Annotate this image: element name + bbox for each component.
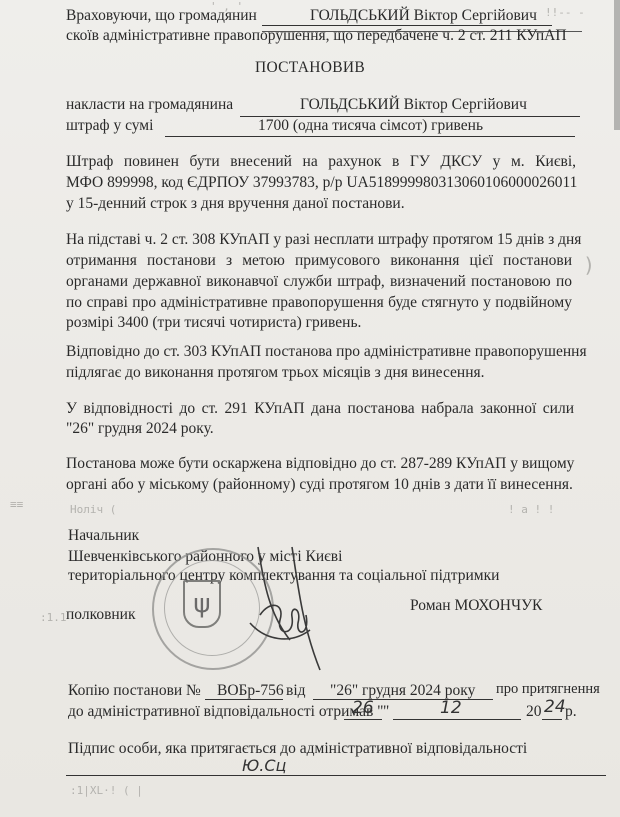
scan-artifact: :1.1	[40, 611, 67, 624]
enforcement-line-1: На підставі ч. 2 ст. 308 КУпАП у разі не…	[66, 229, 572, 250]
scan-artifact: ≡≡	[10, 498, 23, 511]
scan-artifact: ! a ! !	[508, 503, 554, 516]
execution-line-2: підлягає до виконання протягом трьох міс…	[66, 363, 485, 383]
scan-artifact: !!-- -	[545, 6, 585, 19]
about-label: про притягнення	[496, 679, 600, 699]
payment-line-2: МФО 899998, код ЄДРПОУ 37993783, р/р UA5…	[66, 172, 576, 193]
received-day: 26	[352, 698, 374, 718]
document-page: ' , ' !!-- - ≡≡ Hoлiч ( ! a ! ! :1.1 :1|…	[0, 0, 620, 817]
fine-label: штраф у сумі	[66, 116, 153, 136]
payment-line-3: у 15-денний строк з дня вручення даної п…	[66, 194, 405, 214]
person-signature-label: Підпис особи, яка притягається до адміні…	[68, 739, 527, 759]
received-label: до адміністративної відповідальності отр…	[68, 702, 384, 722]
quote-close: "	[383, 702, 389, 722]
effect-line-1: У відповідності до ст. 291 КУпАП дана по…	[66, 398, 574, 419]
enforcement-line-4: по справі про адміністративне правопоруш…	[66, 292, 572, 313]
decree-date-underline	[313, 699, 493, 700]
received-month: 12	[440, 698, 462, 718]
effect-line-2: "26" грудня 2024 року.	[66, 419, 214, 439]
received-month-underline	[393, 719, 521, 720]
decree-number-underline	[205, 699, 283, 700]
impose-label: накласти на громадянина	[66, 95, 233, 115]
appeal-line-2: органі або у міському (районному) суді п…	[66, 475, 573, 495]
signatory-position-1: Начальник	[68, 526, 139, 546]
from-label: від	[286, 681, 306, 701]
scan-artifact: Hoлiч (	[70, 503, 116, 516]
person-signature: Ю.Сц	[242, 756, 286, 775]
scan-artifact: :1|ХL·! ( |	[70, 784, 143, 797]
decree-number: ВОБр-756	[217, 681, 284, 701]
impose-name: ГОЛЬДСЬКИЙ Віктор Сергійович	[300, 95, 527, 115]
signatory-name: Роман МОХОНЧУК	[410, 596, 542, 616]
fine-amount: 1700 (одна тисяча сімсот) гривень	[258, 116, 483, 136]
person-signature-line	[66, 775, 606, 776]
citizen-name: ГОЛЬДСЬКИЙ Віктор Сергійович	[310, 6, 537, 26]
signatory-rank: полковник	[66, 605, 136, 625]
execution-line-1: Відповідно до ст. 303 КУпАП постанова пр…	[66, 342, 587, 362]
ruling-title: ПОСТАНОВИВ	[0, 59, 620, 77]
enforcement-line-5: розмірі 3400 (три тисячі чотириста) грив…	[66, 313, 361, 333]
copy-label: Копію постанови №	[68, 681, 201, 701]
year-suffix-label: р.	[565, 702, 577, 722]
payment-line-1: Штраф повинен бути внесений на рахунок в…	[66, 151, 576, 172]
offense-line: скоїв адміністративне правопорушення, що…	[66, 26, 567, 46]
year-prefix: 20	[526, 702, 542, 722]
trident-emblem-icon: ψ	[183, 580, 221, 628]
received-year: 24	[544, 697, 566, 717]
enforcement-line-3: органами державної виконавчої служби штр…	[66, 271, 572, 292]
considering-label: Враховуючи, що громадянин	[66, 6, 257, 26]
enforcement-line-2: отримання постанови з метою примусового …	[66, 250, 572, 271]
scan-artifact: )	[583, 253, 595, 277]
official-signature	[240, 545, 350, 675]
received-year-underline	[542, 719, 562, 720]
fine-underline	[165, 136, 575, 137]
received-day-underline	[344, 719, 382, 720]
appeal-line-1: Постанова може бути оскаржена відповідно…	[66, 454, 574, 474]
